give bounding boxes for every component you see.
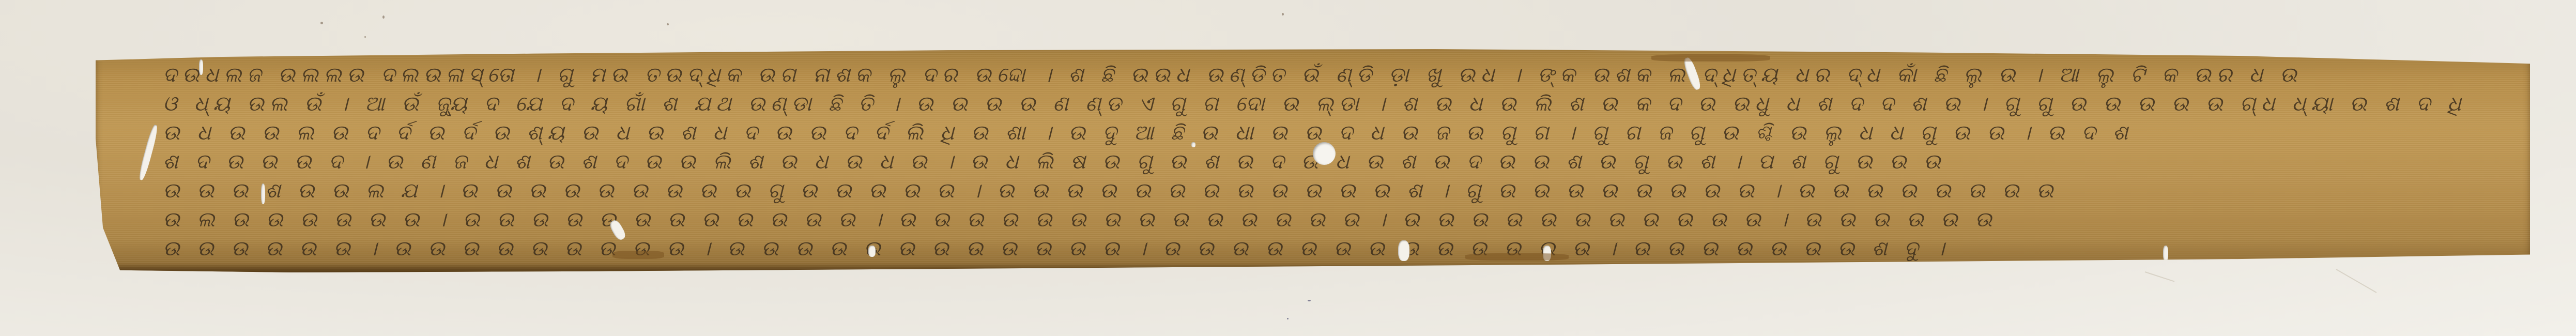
worm-hole <box>868 246 876 257</box>
manuscript-line-5: ଉ ଉ ଉ ଶ ଉ ଉ ଲ ଯ । ଉ ଉ ଉ ଉ ଉ ଉ ଉ ଉ ଉ ଗୁ ଉ… <box>163 176 2489 205</box>
background-speck <box>1308 300 1311 301</box>
binding-hole <box>1313 142 1336 165</box>
manuscript-line-2: ଓ ଧ୍ୟ ଉଲ ଉଁ । ଆ ଉଁ ଜ୍ୟୁ ଦ ଯେ ଦ ୟ ଗାଁ ଶ ଯ… <box>163 89 2489 118</box>
worm-hole <box>199 59 203 75</box>
background-speck <box>1282 13 1284 16</box>
worm-hole <box>1191 142 1195 147</box>
fiber-strand <box>2336 269 2377 293</box>
leaf-bottom-edge <box>96 263 2530 272</box>
background-speck <box>1287 318 1289 319</box>
background-speck <box>382 16 385 19</box>
worm-hole <box>1398 240 1409 261</box>
worm-hole <box>2163 246 2168 261</box>
worm-hole <box>137 124 159 181</box>
manuscript-line-7: ଉ ଉ ଉ ଉ ଉ ଉ । ଉ ଉ ଉ ଉ ଉ ଉ ଉ ଉ ଉ । ଉ ଉ ଉ … <box>163 234 2489 263</box>
leaf-damage <box>1651 54 1770 62</box>
background-speck <box>320 22 323 24</box>
fiber-strand <box>2145 271 2175 282</box>
worm-hole <box>261 184 265 204</box>
leaf-damage <box>1465 253 1569 261</box>
background-speck <box>364 36 366 38</box>
manuscript-line-1: ଦଉଧଲଜ ଉଲଲଉ ଦଲଉଳାସ୍ତୋ । ଗୁ ମଉ ତଉଦ୍ଧିକ ଉଗ … <box>163 60 2489 89</box>
leaf-damage <box>612 251 664 259</box>
manuscript-line-6: ଉ ଲ ଉ ଉ ଉ ଉ ଉ ଉ । ଉ ଉ ଉ ଉ ଉ ଉ ଉ ଉ ଉ ଉ ଉ … <box>163 205 2489 234</box>
background-speck <box>667 23 669 25</box>
palm-leaf-manuscript: ଦଉଧଲଜ ଉଲଲଉ ଦଲଉଳାସ୍ତୋ । ଗୁ ମଉ ତଉଦ୍ଧିକ ଉଗ … <box>96 49 2530 272</box>
